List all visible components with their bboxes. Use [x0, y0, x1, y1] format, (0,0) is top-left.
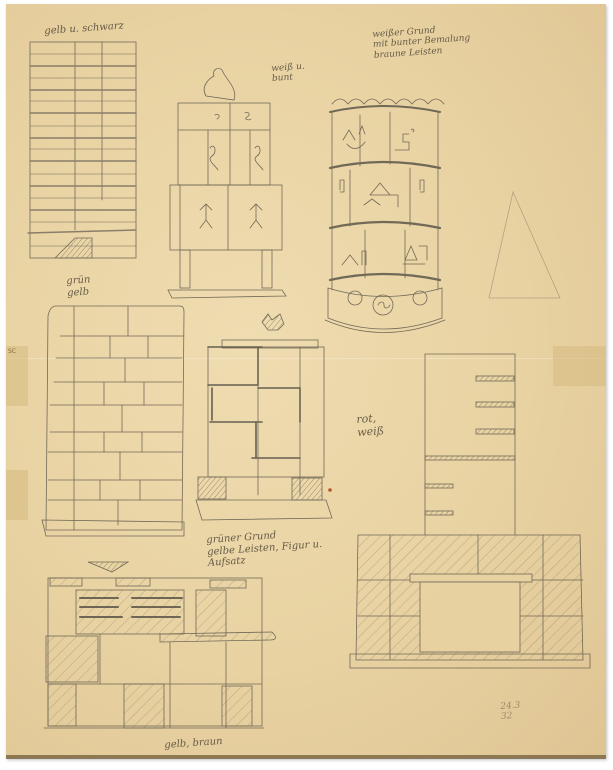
sketch-stove-2	[168, 68, 286, 298]
margin-mark: SC	[8, 348, 16, 355]
sketch-stove-4	[42, 306, 184, 536]
sketch-stove-5	[196, 314, 332, 520]
sketch-faint-triangle	[489, 192, 560, 298]
sketch-stove-7	[44, 562, 276, 728]
annotation-stove-1-below: grün gelb	[66, 274, 92, 299]
sketch-stove-6	[350, 354, 590, 668]
annotation-stove-6: rot, weiß	[356, 412, 384, 439]
pencil-drawings	[0, 0, 613, 770]
sketch-stove-3	[325, 99, 445, 333]
annotation-stove-2: weiß u. bunt	[271, 62, 306, 85]
sketch-stove-1	[28, 42, 136, 258]
pigment-dot	[328, 488, 332, 492]
annotation-date: 24.3 32	[500, 701, 521, 723]
